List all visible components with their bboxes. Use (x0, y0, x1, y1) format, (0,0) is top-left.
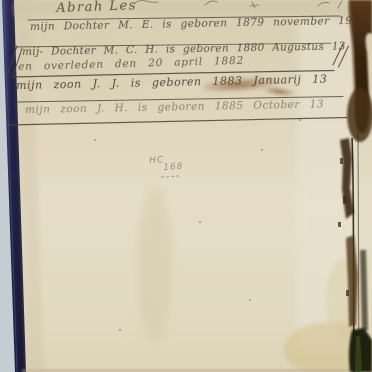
handwritten-name-line: Abrah Les (56, 0, 137, 16)
book-flyleaf-photo: Abrah Les mijn Dochter M. E. is geboren … (0, 0, 372, 372)
pencil-mark-number: 168 (163, 162, 184, 173)
